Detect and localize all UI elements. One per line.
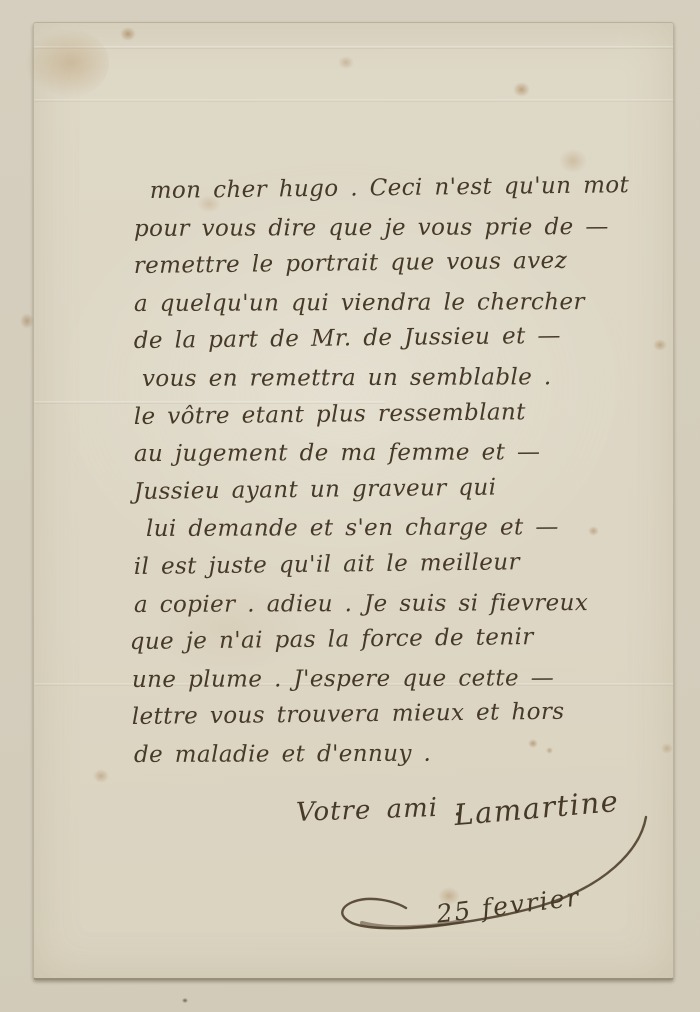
letter-closing: Votre ami . (296, 792, 464, 828)
stain (24, 28, 109, 98)
stain (513, 82, 530, 97)
fold-crease (34, 46, 673, 49)
background-mat: mon cher hugo . Ceci n'est qu'un mot pou… (0, 0, 700, 1012)
letter-sheet: mon cher hugo . Ceci n'est qu'un mot pou… (33, 22, 674, 980)
letter-date: 25 fevrier (435, 882, 582, 928)
handwritten-line: remettre le portrait que vous avez (134, 242, 679, 286)
fold-crease (34, 99, 673, 102)
stain (93, 769, 109, 783)
letter-body: mon cher hugo . Ceci n'est qu'un mot pou… (134, 173, 679, 775)
handwritten-line: le vôtre etant plus ressemblant (134, 392, 679, 436)
handwritten-line: que je n'ai pas la force de tenir (130, 617, 679, 661)
signature: Lamartine (453, 784, 621, 832)
handwritten-line: de la part de Mr. de Jussieu et — (134, 317, 679, 361)
handwritten-line: il est juste qu'il ait le meilleur (134, 542, 679, 586)
handwritten-line: de maladie et d'ennuy . (134, 735, 679, 775)
signature-flourish (302, 811, 672, 971)
handwritten-line: Jussieu ayant un graveur qui (134, 467, 679, 511)
stain (120, 27, 136, 41)
handwritten-line: mon cher hugo . Ceci n'est qu'un mot (150, 167, 679, 211)
stain (182, 998, 188, 1003)
stain (338, 56, 354, 69)
handwritten-line: lettre vous trouvera mieux et hors (132, 693, 679, 737)
stain (20, 313, 34, 329)
